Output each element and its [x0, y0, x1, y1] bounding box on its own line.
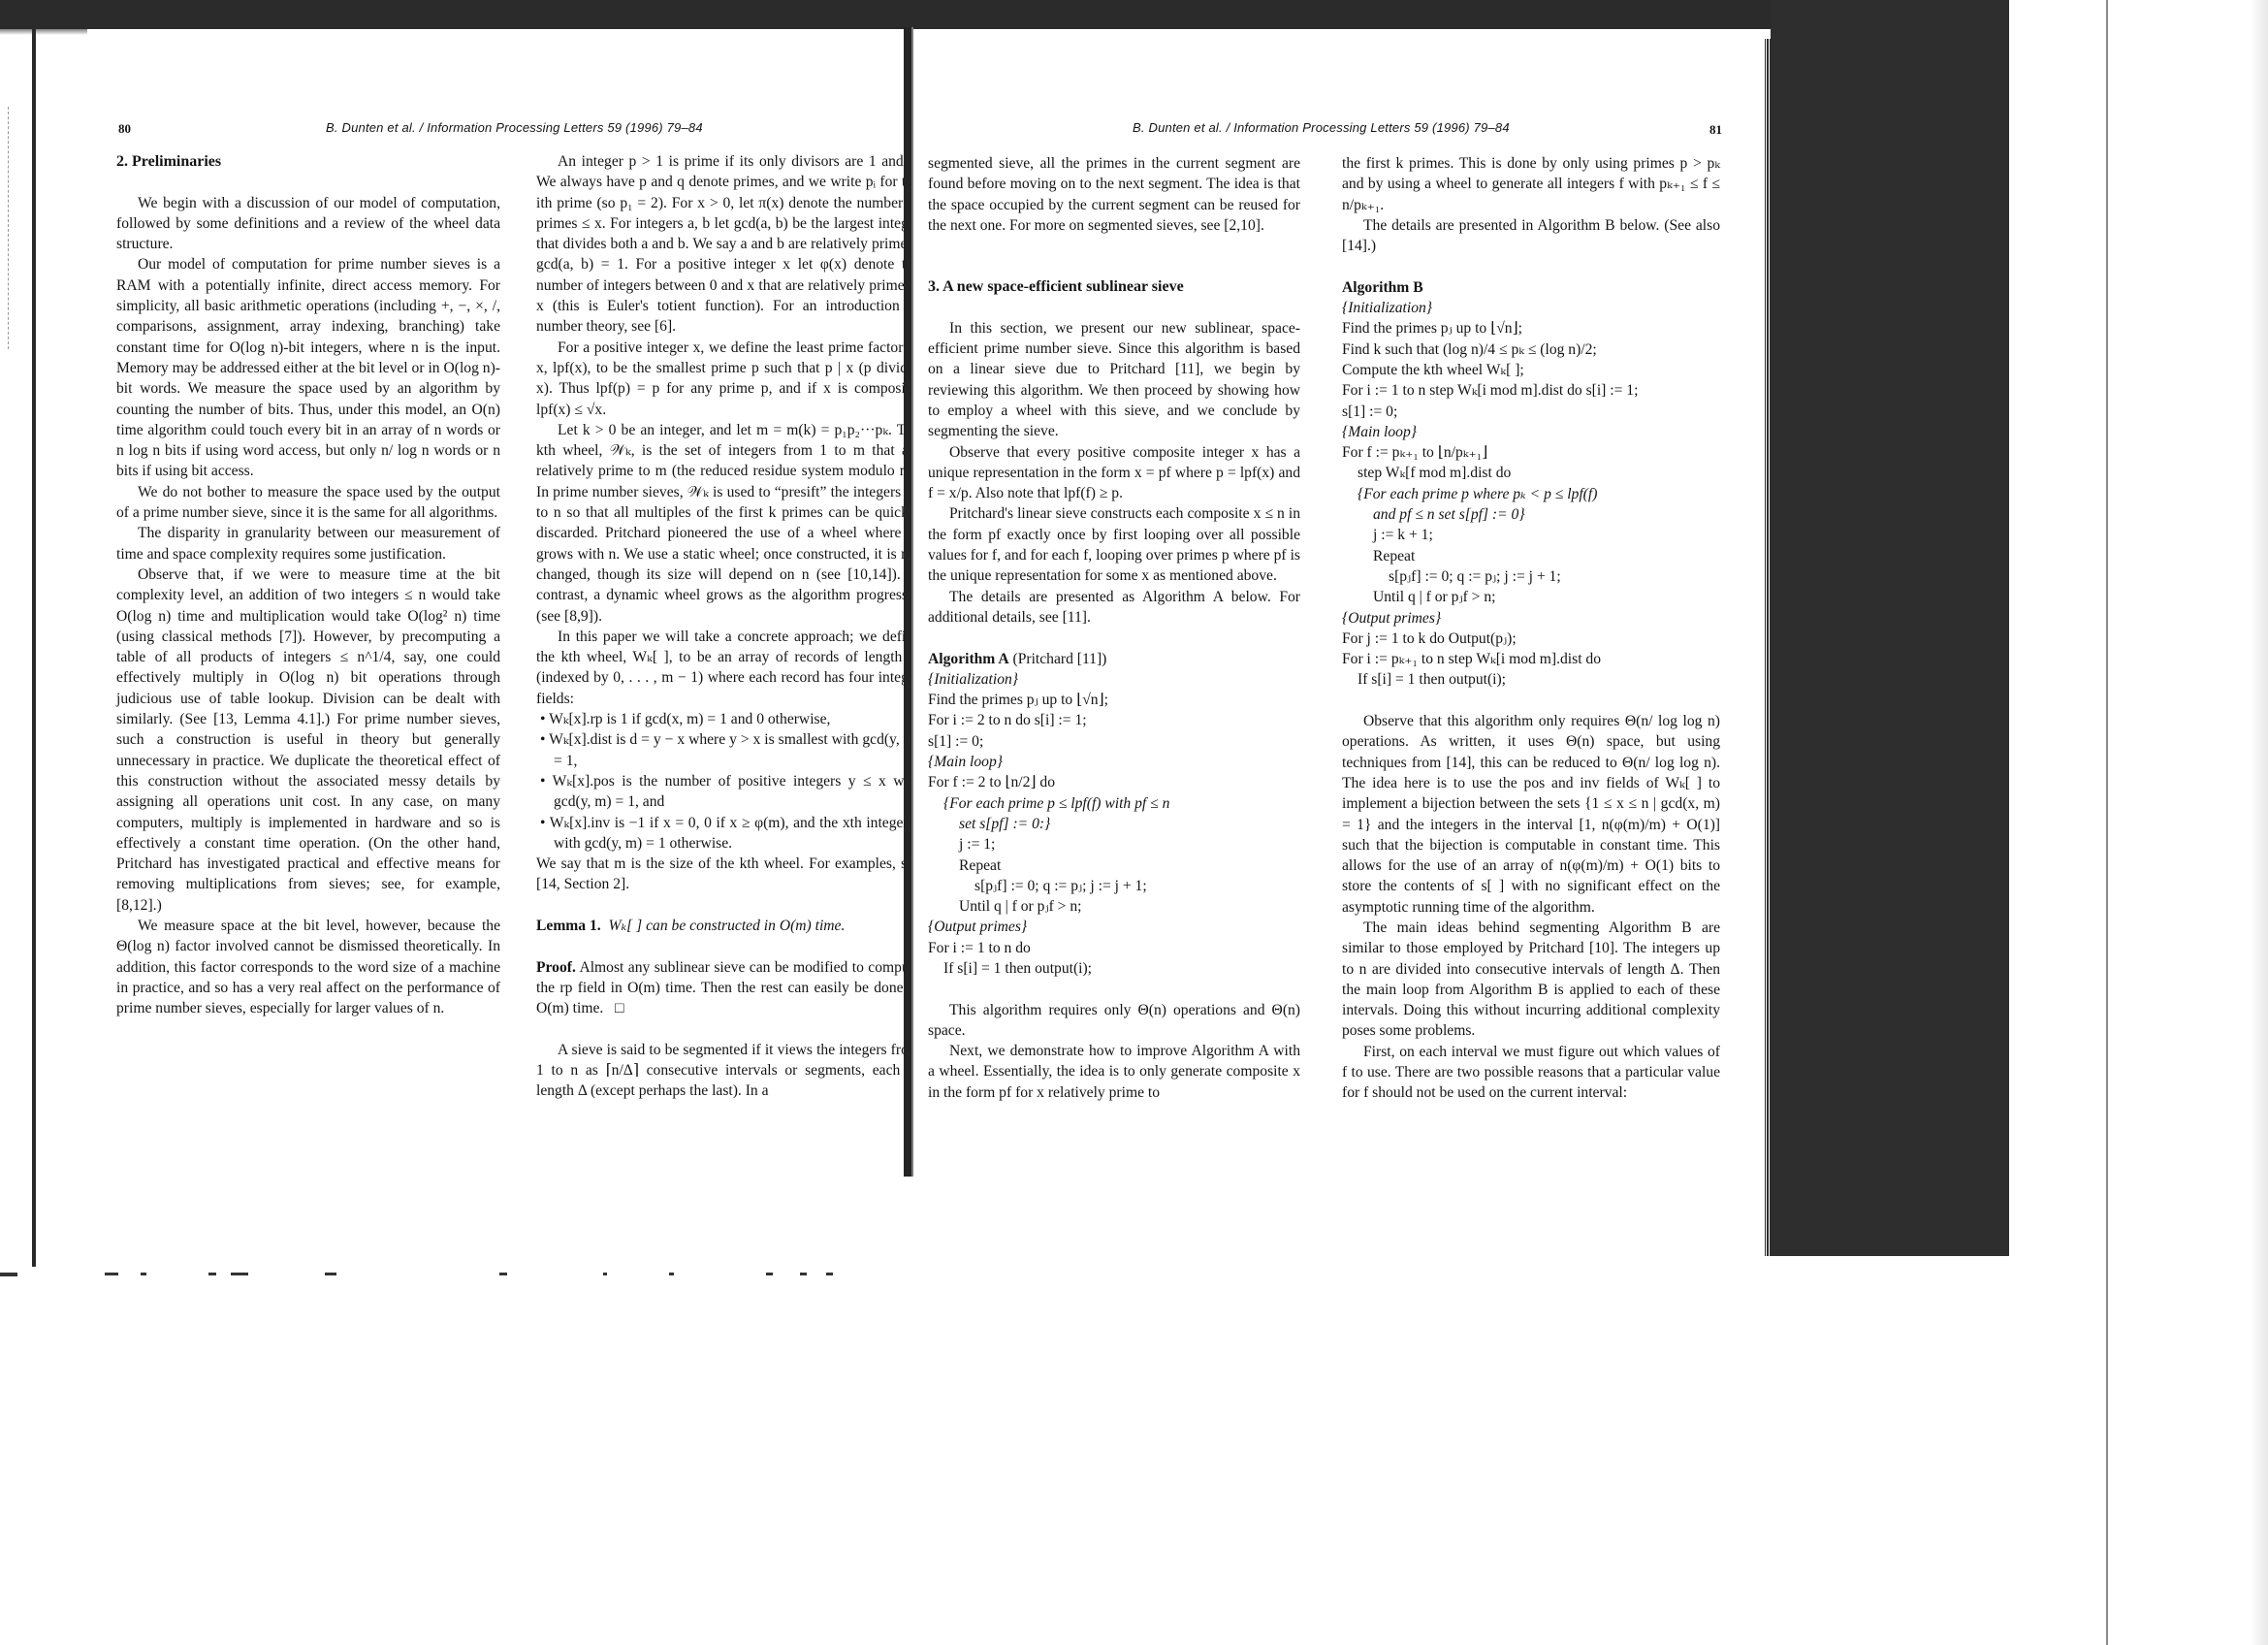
paragraph: A sieve is said to be segmented if it vi… [536, 1040, 905, 1102]
algorithm-line: Find k such that (log n)/4 ≤ pₖ ≤ (log n… [1342, 339, 1720, 360]
algorithm-line: For j := 1 to k do Output(pⱼ); [1342, 629, 1720, 649]
algorithm-line: {Main loop} [928, 752, 1300, 772]
book-gutter-shadow [911, 27, 913, 1177]
scan-left-edge-mark [8, 107, 10, 349]
algorithm-line: {For each prime p ≤ lpf(f) with pf ≤ n [928, 793, 1300, 814]
algorithm-line: For f := pₖ₊₁ to ⌊n/pₖ₊₁⌋ [1342, 442, 1720, 463]
algorithm-line: For f := 2 to ⌊n/2⌋ do [928, 772, 1300, 792]
algorithm-line: Repeat [1342, 546, 1720, 566]
paragraph: For a positive integer x, we define the … [536, 338, 905, 420]
algorithm-line: {Initialization} [928, 669, 1300, 690]
algorithm-line: Find the primes pⱼ up to ⌊√n⌋; [1342, 318, 1720, 339]
left-page-edge [32, 27, 36, 1267]
algorithm-line: Until q | f or pⱼf > n; [1342, 587, 1720, 607]
running-head-left: B. Dunten et al. / Information Processin… [326, 120, 703, 135]
scanner-edge-line [2106, 0, 2108, 1645]
algorithm-line: s[1] := 0; [1342, 402, 1720, 422]
left-page-column-1: 2. Preliminaries We begin with a discuss… [116, 151, 500, 1018]
paragraph: In this section, we present our new subl… [928, 318, 1300, 442]
algorithm-line: Until q | f or pⱼf > n; [928, 896, 1300, 917]
algorithm-line: j := k + 1; [1342, 525, 1720, 545]
algorithm-line: Find the primes pⱼ up to ⌊√n⌋; [928, 690, 1300, 710]
paragraph: We do not bother to measure the space us… [116, 482, 500, 524]
paragraph: We begin with a discussion of our model … [116, 193, 500, 255]
paragraph: Observe that every positive composite in… [928, 442, 1300, 504]
algorithm-line: s[1] := 0; [928, 731, 1300, 752]
algorithm-line: {Main loop} [1342, 422, 1720, 442]
algorithm-subtitle: (Pritchard [11]) [1013, 651, 1107, 667]
algorithm-line: step Wₖ[f mod m].dist do [1342, 463, 1720, 483]
section-heading-new-sieve: 3. A new space-efficient sublinear sieve [928, 276, 1300, 297]
algorithm-line: Compute the kth wheel Wₖ[ ]; [1342, 360, 1720, 380]
paragraph: Pritchard's linear sieve constructs each… [928, 503, 1300, 586]
paragraph: In this paper we will take a concrete ap… [536, 627, 905, 709]
paragraph: segmented sieve, all the primes in the c… [928, 153, 1300, 236]
bullet-text: Wₖ[x].dist is d = y − x where y > x is s… [549, 731, 905, 768]
algorithm-line: For i := 2 to n do s[i] := 1; [928, 710, 1300, 730]
page-number-left: 80 [118, 121, 131, 137]
bullet-item: • Wₖ[x].pos is the number of positive in… [536, 771, 905, 813]
bullet-item: • Wₖ[x].rp is 1 if gcd(x, m) = 1 and 0 o… [536, 709, 905, 729]
algorithm-line: Repeat [928, 855, 1300, 876]
algorithm-line: For i := 1 to n step Wₖ[i mod m].dist do… [1342, 380, 1720, 401]
bullet-item: • Wₖ[x].inv is −1 if x = 0, 0 if x ≥ φ(m… [536, 813, 905, 855]
paragraph: The details are presented as Algorithm A… [928, 587, 1300, 629]
proof-label: Proof. [536, 959, 576, 976]
paragraph: This algorithm requires only Θ(n) operat… [928, 1000, 1300, 1042]
algorithm-line: If s[i] = 1 then output(i); [928, 958, 1300, 979]
page-number-right: 81 [1709, 122, 1722, 138]
algorithm-a-lines: {Initialization}Find the primes pⱼ up to… [928, 669, 1300, 979]
qed-box-icon: □ [615, 1000, 623, 1016]
algorithm-line: set s[pf] := 0:} [928, 814, 1300, 834]
algorithm-line: s[pⱼf] := 0; q := pⱼ; j := j + 1; [928, 876, 1300, 896]
paragraph: The disparity in granularity between our… [116, 523, 500, 564]
algorithm-line: and pf ≤ n set s[pf] := 0} [1342, 504, 1720, 525]
paragraph: the first k primes. This is done by only… [1342, 153, 1720, 215]
algorithm-title: Algorithm B [1342, 279, 1423, 296]
bullet-item: • Wₖ[x].dist is d = y − x where y > x is… [536, 729, 905, 771]
algorithm-line: {Output primes} [928, 917, 1300, 937]
paragraph: An integer p > 1 is prime if its only di… [536, 151, 905, 338]
paragraph: The main ideas behind segmenting Algorit… [1342, 918, 1720, 1042]
algorithm-line: For i := pₖ₊₁ to n step Wₖ[i mod m].dist… [1342, 649, 1720, 669]
bullet-text: Wₖ[x].inv is −1 if x = 0, 0 if x ≥ φ(m),… [550, 815, 905, 852]
book-gutter [904, 27, 911, 1177]
paragraph: Observe that, if we were to measure time… [116, 564, 500, 916]
scan-top-shadow-fade [0, 25, 87, 35]
algorithm-b-lines: {Initialization}Find the primes pⱼ up to… [1342, 298, 1720, 691]
algorithm-a-title: Algorithm A (Pritchard [11]) [928, 649, 1300, 669]
lemma-statement: Wₖ[ ] can be constructed in O(m) time. [609, 918, 846, 934]
bullet-text: Wₖ[x].pos is the number of positive inte… [553, 773, 905, 810]
lemma-1: Lemma 1. Wₖ[ ] can be constructed in O(m… [536, 916, 905, 936]
algorithm-line: If s[i] = 1 then output(i); [1342, 669, 1720, 690]
algorithm-a: Algorithm A (Pritchard [11]) {Initializa… [928, 649, 1300, 980]
paragraph: We say that m is the size of the kth whe… [536, 854, 905, 895]
section-heading-preliminaries: 2. Preliminaries [116, 151, 500, 172]
running-head-right: B. Dunten et al. / Information Processin… [1133, 120, 1510, 135]
lemma-label: Lemma 1. [536, 918, 601, 934]
algorithm-title: Algorithm A [928, 651, 1009, 667]
algorithm-line: {For each prime p where pₖ < p ≤ lpf(f) [1342, 484, 1720, 504]
bullet-text: Wₖ[x].rp is 1 if gcd(x, m) = 1 and 0 oth… [549, 711, 830, 727]
algorithm-line: {Output primes} [1342, 608, 1720, 629]
algorithm-line: j := 1; [928, 834, 1300, 855]
paragraph: Observe that this algorithm only require… [1342, 711, 1720, 918]
algorithm-line: For i := 1 to n do [928, 938, 1300, 958]
paragraph: Let k > 0 be an integer, and let m = m(k… [536, 420, 905, 627]
paragraph: Our model of computation for prime numbe… [116, 254, 500, 481]
scanner-edge-shade [2250, 0, 2268, 1645]
paragraph: Next, we demonstrate how to improve Algo… [928, 1041, 1300, 1103]
right-page-column-2: the first k primes. This is done by only… [1342, 153, 1720, 1104]
paragraph: The details are presented in Algorithm B… [1342, 215, 1720, 257]
algorithm-line: s[pⱼf] := 0; q := pⱼ; j := j + 1; [1342, 566, 1720, 587]
proof: Proof. Almost any sublinear sieve can be… [536, 957, 905, 1019]
book-cover-shadow [1771, 0, 2009, 1256]
scan-bottom-marks [0, 1273, 873, 1278]
left-page-column-2: An integer p > 1 is prime if its only di… [536, 151, 905, 1150]
proof-text: Almost any sublinear sieve can be modifi… [536, 959, 905, 1017]
algorithm-line: {Initialization} [1342, 298, 1720, 318]
algorithm-b: Algorithm B {Initialization}Find the pri… [1342, 277, 1720, 691]
scan-top-shadow [0, 0, 2009, 29]
paragraph: First, on each interval we must figure o… [1342, 1042, 1720, 1104]
paragraph: We measure space at the bit level, howev… [116, 916, 500, 1018]
right-page-column-1: segmented sieve, all the primes in the c… [928, 153, 1300, 1103]
